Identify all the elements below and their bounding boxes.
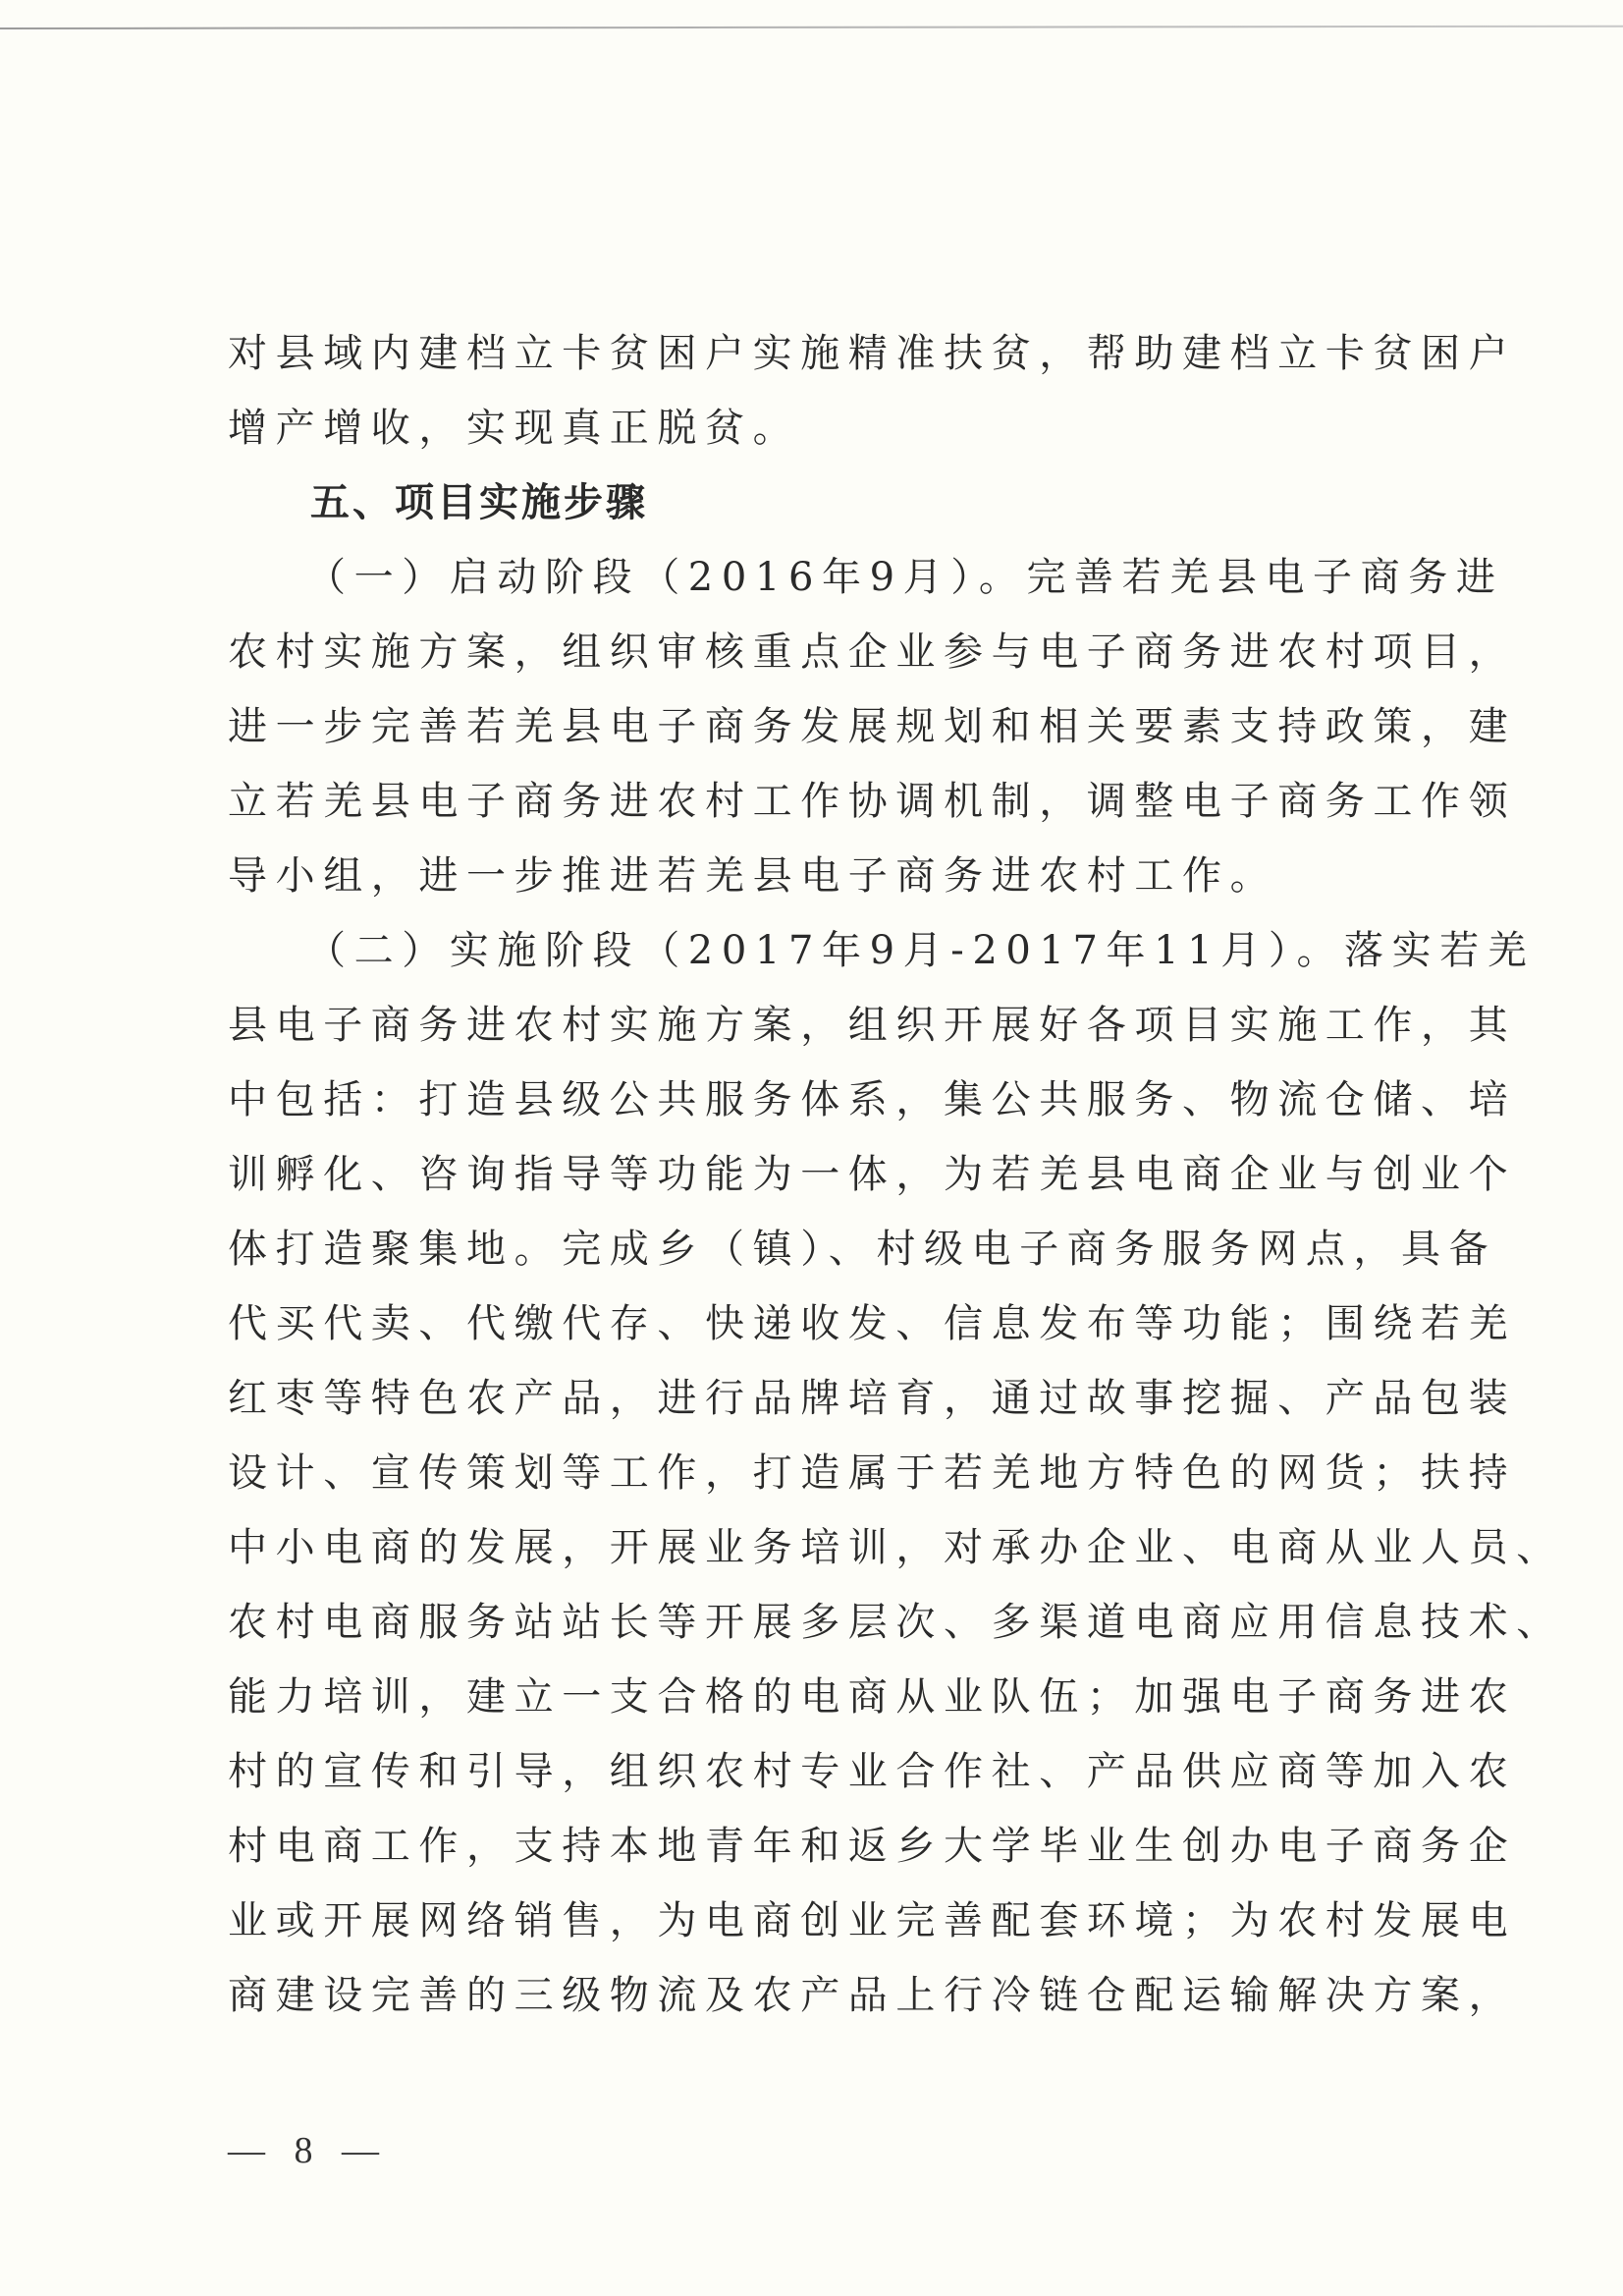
text-line: 村电商工作，支持本地青年和返乡大学毕业生创办电子商务企	[228, 1809, 1426, 1884]
text-line: 业或开展网络销售，为电商创业完善配套环境；为农村发展电	[228, 1884, 1426, 1958]
text-line: 中包括：打造县级公共服务体系，集公共服务、物流仓储、培	[228, 1063, 1426, 1137]
text-line: 训孵化、咨询指导等功能为一体，为若羌县电商企业与创业个	[228, 1137, 1426, 1212]
text-line: 农村实施方案，组织审核重点企业参与电子商务进农村项目，	[228, 615, 1426, 689]
text-line: 能力培训，建立一支合格的电商从业队伍；加强电子商务进农	[228, 1660, 1426, 1734]
text-line: 代买代卖、代缴代存、快递收发、信息发布等功能；围绕若羌	[228, 1286, 1426, 1361]
text-line: （二）实施阶段（2017年9月-2017年11月）。落实若羌	[228, 913, 1426, 988]
text-line: 导小组，进一步推进若羌县电子商务进农村工作。	[228, 839, 1426, 913]
document-body: 对县域内建档立卡贫困户实施精准扶贫，帮助建档立卡贫困户 增产增收，实现真正脱贫。…	[228, 316, 1426, 2033]
page-top-border	[0, 26, 1623, 29]
paragraph-startup-phase: （一）启动阶段（2016年9月）。完善若羌县电子商务进 农村实施方案，组织审核重…	[228, 540, 1426, 913]
text-line: 村的宣传和引导，组织农村专业合作社、产品供应商等加入农	[228, 1734, 1426, 1809]
section-heading: 五、项目实施步骤	[228, 465, 1426, 540]
text-line: 增产增收，实现真正脱贫。	[228, 391, 1426, 465]
text-line: 农村电商服务站站长等开展多层次、多渠道电商应用信息技术、	[228, 1585, 1426, 1660]
text-line: （一）启动阶段（2016年9月）。完善若羌县电子商务进	[228, 540, 1426, 615]
text-line: 立若羌县电子商务进农村工作协调机制，调整电子商务工作领	[228, 764, 1426, 839]
text-line: 对县域内建档立卡贫困户实施精准扶贫，帮助建档立卡贫困户	[228, 316, 1426, 391]
page-number: — 8 —	[228, 2129, 389, 2172]
text-line: 设计、宣传策划等工作，打造属于若羌地方特色的网货；扶持	[228, 1436, 1426, 1510]
text-line: 商建设完善的三级物流及农产品上行冷链仓配运输解决方案，	[228, 1958, 1426, 2033]
text-line: 进一步完善若羌县电子商务发展规划和相关要素支持政策，建	[228, 689, 1426, 764]
text-line: 体打造聚集地。完成乡（镇）、村级电子商务服务网点，具备	[228, 1212, 1426, 1286]
paragraph-implementation-phase: （二）实施阶段（2017年9月-2017年11月）。落实若羌 县电子商务进农村实…	[228, 913, 1426, 2033]
continuation-paragraph: 对县域内建档立卡贫困户实施精准扶贫，帮助建档立卡贫困户 增产增收，实现真正脱贫。	[228, 316, 1426, 465]
text-line: 中小电商的发展，开展业务培训，对承办企业、电商从业人员、	[228, 1510, 1426, 1585]
text-line: 县电子商务进农村实施方案，组织开展好各项目实施工作，其	[228, 988, 1426, 1063]
text-line: 红枣等特色农产品，进行品牌培育，通过故事挖掘、产品包装	[228, 1361, 1426, 1436]
